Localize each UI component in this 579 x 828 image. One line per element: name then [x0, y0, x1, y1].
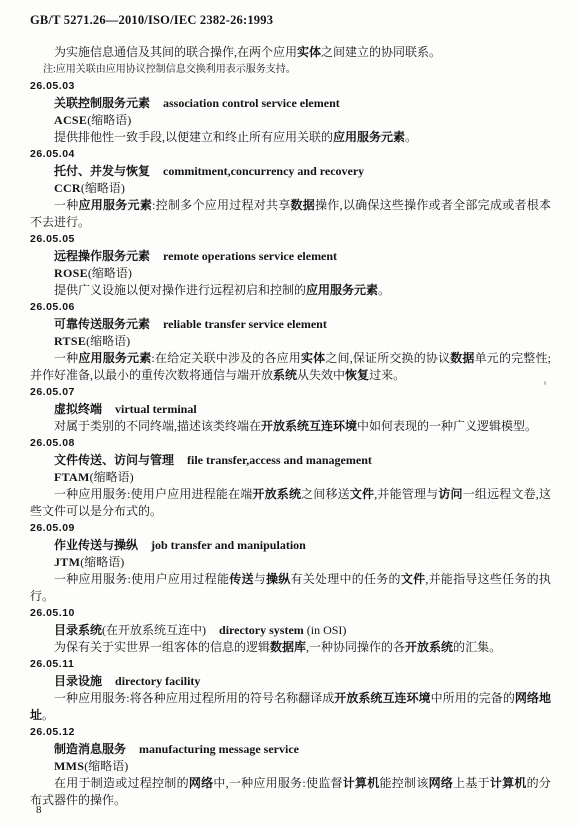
- term-zh: 作业传送与操纵: [54, 538, 138, 552]
- abbr-suffix: (缩略语): [90, 470, 134, 484]
- abbr-line: ACSE(缩略语): [30, 112, 551, 129]
- term-en: job transfer and manipulation: [151, 538, 306, 552]
- term-entry: 26.05.08 文件传送、访问与管理file transfer,access …: [30, 435, 551, 520]
- definition-paragraph: 一种应用服务:使用户应用过程能传送与操纵有关处理中的任务的文件,并能指导这些任务…: [30, 571, 551, 605]
- definition-paragraph: 一种应用服务元素:在给定关联中涉及的各应用实体之间,保证所交换的协议数据单元的完…: [30, 350, 551, 384]
- term-line: 目录系统(在开放系统互连中)directory system (in OSI): [30, 622, 551, 639]
- term-line: 虚拟终端virtual terminal: [30, 401, 551, 418]
- term-zh: 文件传送、访问与管理: [54, 453, 174, 467]
- term-zh: 目录系统: [54, 623, 102, 637]
- abbr-line: CCR(缩略语): [30, 180, 551, 197]
- term-zh: 关联控制服务元素: [54, 96, 150, 110]
- definition-paragraph: 一种应用服务:使用户应用进程能在端开放系统之间移送文件,并能管理与访问一组远程文…: [30, 486, 551, 520]
- definition-paragraph: 对属于类别的不同终端,描述该类终端在开放系统互连环境中如何表现的一种广义逻辑模型…: [30, 418, 551, 435]
- definition-paragraph: 提供排他性一致手段,以便建立和终止所有应用关联的应用服务元素。: [30, 129, 551, 146]
- entry-number: 26.05.07: [30, 384, 551, 401]
- abbr-line: RTSE(缩略语): [30, 333, 551, 350]
- abbr-suffix: (缩略语): [81, 181, 125, 195]
- term-entry: 26.05.11 目录设施directory facility 一种应用服务:将…: [30, 656, 551, 724]
- term-line: 制造消息服务manufacturing message service: [30, 741, 551, 758]
- entry-number: 26.05.12: [30, 724, 551, 741]
- term-zh: 制造消息服务: [54, 742, 126, 756]
- abbr-suffix: (缩略语): [88, 266, 132, 280]
- term-en: association control service element: [163, 96, 340, 110]
- entry-number: 26.05.11: [30, 656, 551, 673]
- definition-paragraph: 一种应用服务元素:控制多个应用过程对共享数据操作,以确保这些操作或者全部完成或者…: [30, 197, 551, 231]
- abbr-line: ROSE(缩略语): [30, 265, 551, 282]
- entry-number: 26.05.05: [30, 231, 551, 248]
- entry-number: 26.05.03: [30, 78, 551, 95]
- term-entry: 26.05.06 可靠传送服务元素reliable transfer servi…: [30, 299, 551, 384]
- term-zh: 远程操作服务元素: [54, 249, 150, 263]
- term-entry: 26.05.05 远程操作服务元素remote operations servi…: [30, 231, 551, 299]
- term-en: virtual terminal: [115, 402, 197, 416]
- definition-paragraph: 提供广义设施以便对操作进行远程初启和控制的应用服务元素。: [30, 282, 551, 299]
- abbr-line: MMS(缩略语): [30, 758, 551, 775]
- term-en-paren: (in OSI): [304, 623, 347, 637]
- definition-paragraph: 为保有关于实世界一组客体的信息的逻辑数据库,一种协同操作的各开放系统的汇集。: [30, 639, 551, 656]
- abbreviation: ROSE: [54, 266, 88, 280]
- term-entry: 26.05.03 关联控制服务元素association control ser…: [30, 78, 551, 146]
- term-entry: 26.05.09 作业传送与操纵job transfer and manipul…: [30, 520, 551, 605]
- term-line: 托付、并发与恢复commitment,concurrency and recov…: [30, 163, 551, 180]
- entry-number: 26.05.04: [30, 146, 551, 163]
- term-line: 可靠传送服务元素reliable transfer service elemen…: [30, 316, 551, 333]
- abbr-line: JTM(缩略语): [30, 554, 551, 571]
- entry-number: 26.05.09: [30, 520, 551, 537]
- term-en: file transfer,access and management: [187, 453, 372, 467]
- term-line: 关联控制服务元素association control service elem…: [30, 95, 551, 112]
- scan-speck: [545, 199, 548, 204]
- scan-speck: [544, 381, 546, 385]
- term-zh: 可靠传送服务元素: [54, 317, 150, 331]
- term-entry: 26.05.10 目录系统(在开放系统互连中)directory system …: [30, 605, 551, 656]
- term-en: remote operations service element: [163, 249, 337, 263]
- term-zh: 托付、并发与恢复: [54, 164, 150, 178]
- term-entry: 26.05.04 托付、并发与恢复commitment,concurrency …: [30, 146, 551, 231]
- definition-paragraph: 在用于制造或过程控制的网络中,一种应用服务:使监督计算机能控制该网络上基于计算机…: [30, 775, 551, 809]
- document-page: GB/T 5271.26—2010/ISO/IEC 2382-26:1993 为…: [0, 0, 579, 828]
- term-en: directory system: [219, 623, 304, 637]
- term-en: directory facility: [115, 674, 200, 688]
- sections: 26.05.03 关联控制服务元素association control ser…: [30, 78, 551, 809]
- term-en: reliable transfer service element: [163, 317, 327, 331]
- term-line: 文件传送、访问与管理file transfer,access and manag…: [30, 452, 551, 469]
- intro-definition-paragraph: 为实施信息通信及其间的联合操作,在两个应用实体之间建立的协同联系。: [30, 44, 551, 61]
- term-line: 远程操作服务元素remote operations service elemen…: [30, 248, 551, 265]
- abbr-suffix: (缩略语): [86, 334, 130, 348]
- term-entry: 26.05.07 虚拟终端virtual terminal 对属于类别的不同终端…: [30, 384, 551, 435]
- abbreviation: CCR: [54, 181, 81, 195]
- page-number: 8: [36, 802, 42, 819]
- term-zh: 虚拟终端: [54, 402, 102, 416]
- abbreviation: MMS: [54, 759, 84, 773]
- entry-number: 26.05.10: [30, 605, 551, 622]
- note-line: 注:应用关联由应用协议控制信息交换利用表示服务支持。: [30, 61, 551, 78]
- entry-number: 26.05.08: [30, 435, 551, 452]
- abbreviation: RTSE: [54, 334, 86, 348]
- abbr-suffix: (缩略语): [87, 113, 131, 127]
- abbr-suffix: (缩略语): [84, 759, 128, 773]
- term-zh-paren: (在开放系统互连中): [102, 623, 206, 637]
- term-entry: 26.05.12 制造消息服务manufacturing message ser…: [30, 724, 551, 809]
- term-en: manufacturing message service: [139, 742, 299, 756]
- term-line: 目录设施directory facility: [30, 673, 551, 690]
- abbreviation: ACSE: [54, 113, 87, 127]
- term-en: commitment,concurrency and recovery: [163, 164, 364, 178]
- entry-number: 26.05.06: [30, 299, 551, 316]
- abbr-line: FTAM(缩略语): [30, 469, 551, 486]
- abbreviation: JTM: [54, 555, 80, 569]
- term-line: 作业传送与操纵job transfer and manipulation: [30, 537, 551, 554]
- abbreviation: FTAM: [54, 470, 90, 484]
- abbr-suffix: (缩略语): [80, 555, 124, 569]
- term-zh: 目录设施: [54, 674, 102, 688]
- definition-paragraph: 一种应用服务:将各种应用过程所用的符号名称翻译成开放系统互连环境中所用的完备的网…: [30, 690, 551, 724]
- standard-number-header: GB/T 5271.26—2010/ISO/IEC 2382-26:1993: [30, 12, 551, 29]
